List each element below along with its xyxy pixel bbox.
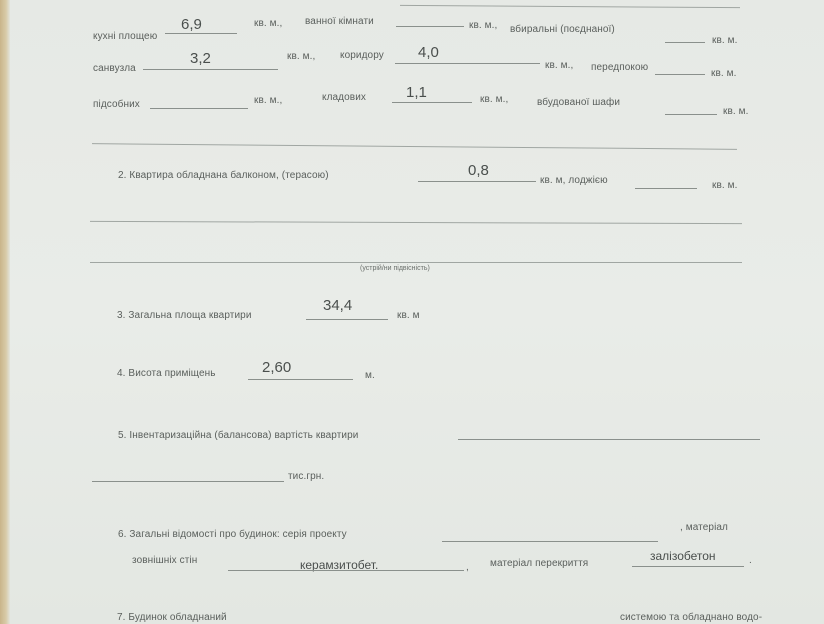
loggia-label: кв. м, лоджією bbox=[540, 175, 608, 186]
unit-label: кв. м. bbox=[723, 106, 749, 117]
unit-label: кв. м., bbox=[545, 60, 573, 71]
sanitary-label: санвузла bbox=[93, 63, 136, 74]
bathroom-field-line[interactable] bbox=[396, 26, 464, 27]
inventory-value-field-line[interactable] bbox=[458, 439, 760, 440]
unit-label: кв. м. bbox=[712, 180, 738, 191]
height-field-line bbox=[248, 379, 353, 380]
walls-field-line bbox=[228, 570, 464, 571]
ceiling-label: матеріал перекриття bbox=[490, 558, 588, 569]
closet-label: вбудованої шафи bbox=[537, 97, 620, 108]
bathroom-label: ванної кімнати bbox=[305, 16, 374, 27]
unit-label: кв. м bbox=[397, 310, 420, 321]
corridor-value[interactable]: 4,0 bbox=[418, 44, 439, 61]
balcony-value[interactable]: 0,8 bbox=[468, 162, 489, 179]
unit-label: тис.грн. bbox=[288, 471, 324, 482]
inventory-value-label: 5. Інвентаризаційна (балансова) вартість… bbox=[118, 430, 358, 441]
unit-label: кв. м., bbox=[480, 94, 508, 105]
sanitary-value[interactable]: 3,2 bbox=[190, 50, 211, 67]
building-info-label: 6. Загальні відомості про будинок: серія… bbox=[118, 529, 347, 540]
project-series-field-line[interactable] bbox=[442, 541, 658, 542]
pantry-field-line bbox=[392, 102, 472, 103]
ceiling-value[interactable]: залізобетон bbox=[650, 549, 716, 563]
total-area-label: 3. Загальна площа квартири bbox=[117, 310, 252, 321]
line-caption: (устрій/ни підвісність) bbox=[360, 265, 430, 272]
toilet-field-line[interactable] bbox=[665, 42, 705, 43]
unit-label: кв. м. bbox=[711, 68, 737, 79]
kitchen-label: кухні площею bbox=[93, 31, 157, 42]
period: . bbox=[749, 555, 752, 566]
ceiling-field-line bbox=[632, 566, 744, 567]
unit-label: кв. м., bbox=[254, 95, 282, 106]
comma: , bbox=[466, 562, 469, 573]
equipment-label-end: системою та обладнано водо- bbox=[620, 612, 762, 623]
paper-edge bbox=[0, 0, 10, 624]
unit-label: кв. м. bbox=[712, 35, 738, 46]
pantry-label: кладових bbox=[322, 92, 366, 103]
kitchen-field-line bbox=[165, 33, 237, 34]
total-area-field-line bbox=[306, 319, 388, 320]
anteroom-label: передпокою bbox=[591, 62, 648, 73]
sanitary-field-line bbox=[143, 69, 278, 70]
kitchen-value[interactable]: 6,9 bbox=[181, 16, 202, 33]
height-value[interactable]: 2,60 bbox=[262, 359, 291, 376]
balcony-label: 2. Квартира обладнана балконом, (терасою… bbox=[118, 170, 329, 181]
corridor-field-line bbox=[395, 63, 540, 64]
balcony-field-line bbox=[418, 181, 536, 182]
material-label: , матеріал bbox=[680, 522, 728, 533]
inventory-value-field-line-2[interactable] bbox=[92, 481, 284, 482]
walls-label: зовнішніх стін bbox=[132, 555, 197, 566]
corridor-label: коридору bbox=[340, 50, 384, 61]
utility-label: підсобних bbox=[93, 99, 140, 110]
unit-label: кв. м., bbox=[469, 20, 497, 31]
unit-label: кв. м., bbox=[254, 18, 282, 29]
toilet-label: вбиральні (поєднаної) bbox=[510, 24, 615, 35]
equipment-label: 7. Будинок обладнаний bbox=[117, 612, 227, 623]
utility-field-line[interactable] bbox=[150, 108, 248, 109]
unit-label: м. bbox=[365, 370, 375, 381]
total-area-value[interactable]: 34,4 bbox=[323, 297, 352, 314]
anteroom-field-line[interactable] bbox=[655, 74, 705, 75]
blank-line[interactable] bbox=[90, 262, 742, 263]
pantry-value[interactable]: 1,1 bbox=[406, 84, 427, 101]
unit-label: кв. м., bbox=[287, 51, 315, 62]
height-label: 4. Висота приміщень bbox=[117, 368, 216, 379]
closet-field-line[interactable] bbox=[665, 114, 717, 115]
loggia-field-line[interactable] bbox=[635, 188, 697, 189]
